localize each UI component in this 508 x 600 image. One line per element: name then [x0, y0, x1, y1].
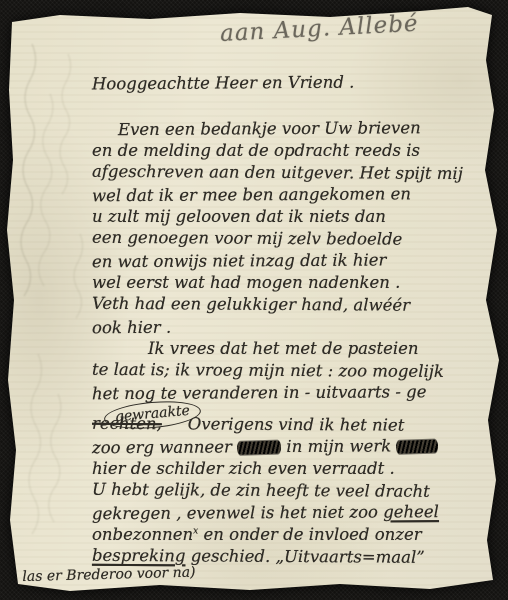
text-segment: wel dat ik er mee ben aangekomen en [92, 184, 411, 205]
text-segment: zoo erg wanneer [92, 437, 237, 457]
text-segment: gekregen , evenwel is het niet zoo [92, 502, 383, 523]
letter-line: Ik vrees dat het met de pasteien [92, 338, 492, 360]
paper-shadow: aan Aug. Allebé Hooggeachtte Heer en Vri… [0, 0, 508, 600]
letter-line: ook hier . [92, 315, 492, 339]
text-segment: u zult mij gelooven dat ik niets dan [92, 207, 386, 226]
pencil-inscription: aan Aug. Allebé [220, 7, 491, 47]
text-segment: onbezonnen [92, 525, 193, 544]
letter-line: en wat onwijs niet inzag dat ik hier [92, 249, 492, 273]
text-segment: geheel [383, 502, 439, 521]
letter-line: wel eerst wat had mogen nadenken . [92, 272, 492, 294]
text-segment: en onder de invloed onzer [198, 525, 421, 544]
letter-body: Hooggeachtte Heer en Vriend . Even een b… [92, 72, 492, 568]
text-segment: en de melding dat de opdracht reeds is [92, 141, 420, 160]
letter-line: rechten,Overigens vind ik het niet [92, 413, 492, 437]
letter-line: hier de schilder zich even verraadt . [92, 458, 492, 480]
letter-lines: Even een bedankje voor Uw brievenen de m… [92, 118, 492, 568]
scribbled-out-word [237, 440, 281, 454]
text-segment: en wat onwijs niet inzag dat ik hier [92, 250, 387, 271]
letter-line: te laat is; ik vroeg mijn niet : zoo mog… [92, 359, 492, 383]
letter-line: Veth had een gelukkiger hand, alwéér [92, 293, 492, 317]
letter-line: Even een bedankje voor Uw brieven [92, 117, 492, 141]
letter-line: U hebt gelijk, de zin heeft te veel drac… [92, 479, 492, 503]
letter-line: gekregen , evenwel is het niet zoo gehee… [92, 501, 492, 525]
letter-line: u zult mij gelooven dat ik niets dan [92, 206, 492, 228]
letter-line: wel dat ik er mee ben aangekomen en [92, 183, 492, 207]
text-segment: Overigens vind ik het niet [188, 414, 405, 434]
letter-line: en de melding dat de opdracht reeds is [92, 140, 492, 162]
text-segment: Veth had een gelukkiger hand, alwéér [92, 294, 410, 315]
letter-paper: aan Aug. Allebé Hooggeachtte Heer en Vri… [0, 0, 508, 600]
text-segment: Ik vrees dat het met de pasteien [148, 339, 419, 358]
letter-line: een genoegen voor mij zelv bedoelde [92, 227, 492, 251]
text-segment: het nog te veranderen in - uitvaarts - g… [92, 382, 427, 403]
letter-line: afgeschreven aan den uitgever. Het spijt… [92, 161, 492, 185]
text-segment: hier de schilder zich even verraadt . [92, 459, 395, 478]
bleed-through-ghost-writing [14, 34, 104, 584]
photographed-letter: aan Aug. Allebé Hooggeachtte Heer en Vri… [0, 0, 508, 600]
letter-line: onbezonnenx en onder de invloed onzer [92, 524, 492, 546]
text-segment: U hebt gelijk, de zin heeft te veel drac… [92, 480, 430, 501]
text-segment: Even een bedankje voor Uw brieven [118, 118, 421, 139]
text-segment: in mijn werk [281, 436, 396, 456]
text-segment: ook hier . [92, 318, 171, 337]
scribbled-out-word [396, 440, 438, 454]
text-segment: afgeschreven aan den uitgever. Het spijt… [92, 162, 463, 183]
text-segment: geschied. „Uitvaarts=maal” [185, 546, 424, 566]
text-segment: rechten, [92, 414, 162, 433]
text-segment: een genoegen voor mij zelv bedoelde [92, 228, 402, 249]
letter-line: zoo erg wanneer in mijn werk [92, 435, 492, 459]
text-segment: bespreking [92, 546, 186, 566]
text-segment: te laat is; ik vroeg mijn niet : zoo mog… [92, 360, 444, 381]
salutation-line: Hooggeachtte Heer en Vriend . [92, 71, 492, 96]
text-segment: wel eerst wat had mogen nadenken . [92, 273, 400, 292]
